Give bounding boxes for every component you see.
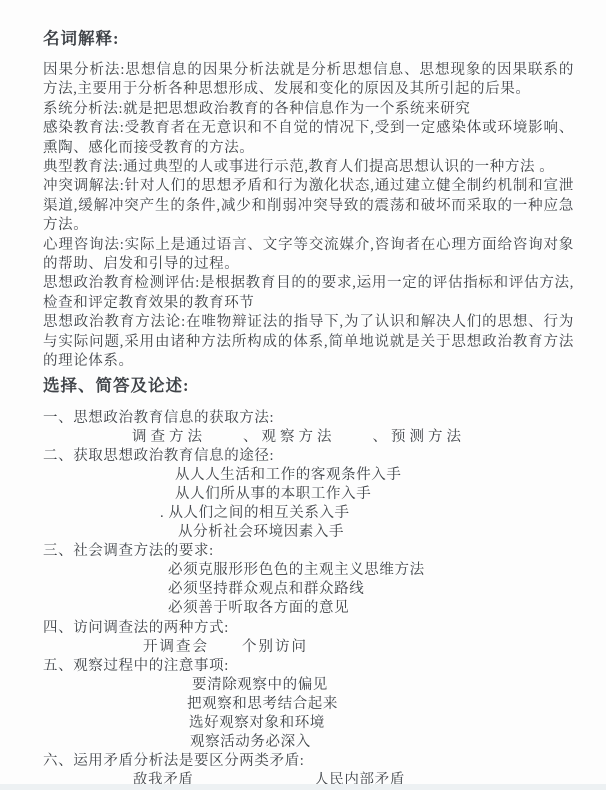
answer-line: . 从人们之间的相互关系入手 [43,504,573,523]
page-bottom-edge [0,784,606,790]
answer-line: 开调查会 个别访问 [43,638,573,657]
answer-line: 从人们所从事的本职工作入手 [43,485,573,504]
definition-paragraph: 感染教育法:受教育者在无意识和不自觉的情况下,受到一定感染体或环境影响、熏陶、感… [43,119,574,158]
definition-paragraph: 系统分析法:就是把思想政治教育的各种信息作为一个系统来研究 [43,100,574,119]
definitions-section: 名词解释: 因果分析法:思想信息的因果分析法就是分析思想信息、思想现象的因果联系… [43,30,573,372]
document-page: 名词解释: 因果分析法:思想信息的因果分析法就是分析思想信息、思想现象的因果联系… [0,0,606,790]
answer-line: 选好观察对象和环境 [43,714,573,733]
answer-line: 要清除观察中的偏见 [43,676,573,695]
definition-paragraph: 思想政治教育方法论:在唯物辩证法的指导下,为了认识和解决人们的思想、行为与实际问… [43,313,574,371]
qa-section-title: 选择、简答及论述: [43,377,573,395]
answer-line: 调查方法 、观察方法 、预测方法 [43,428,573,447]
answer-line: 从人人生活和工作的客观条件入手 [43,466,573,485]
definition-paragraph: 心理咨询法:实际上是通过语言、文字等交流媒介,咨询者在心理方面给咨询对象的帮助、… [43,236,574,275]
qa-section: 选择、简答及论述: 一、思想政治教育信息的获取方法:调查方法 、观察方法 、预测… [43,377,573,790]
definition-paragraph: 典型教育法:通过典型的人或事进行示范,教育人们提高思想认识的一种方法 。 [43,158,574,177]
question-heading: 六、运用矛盾分析法是要区分两类矛盾: [43,752,573,771]
answer-line: 必须坚持群众观点和群众路线 [43,580,573,599]
answer-line: 必须善于听取各方面的意见 [43,599,573,618]
answer-line: 把观察和思考结合起来 [43,695,573,714]
question-heading: 四、访问调查法的两种方式: [43,619,573,638]
definition-paragraph: 思想政治教育检测评估:是根据教育目的的要求,运用一定的评估指标和评估方法,检查和… [43,274,574,313]
question-heading: 五、观察过程中的注意事项: [43,657,573,676]
definition-paragraph: 因果分析法:思想信息的因果分析法就是分析思想信息、思想现象的因果联系的方法,主要… [43,61,574,100]
definitions-paragraphs: 因果分析法:思想信息的因果分析法就是分析思想信息、思想现象的因果联系的方法,主要… [43,61,574,372]
definition-paragraph: 冲突调解法:针对人们的思想矛盾和行为激化状态,通过建立健全制约机制和宣泄渠道,缓… [43,177,574,235]
question-heading: 二、获取思想政治教育信息的途径: [43,447,573,466]
question-heading: 三、社会调查方法的要求: [43,542,573,561]
answer-line: 观察活动务必深入 [43,733,573,752]
answer-line: 必须克服形形色色的主观主义思维方法 [43,561,573,580]
answer-line: 从分析社会环境因素入手 [43,523,573,542]
definitions-section-title: 名词解释: [43,30,573,48]
question-heading: 一、思想政治教育信息的获取方法: [43,409,573,428]
qa-items-list: 一、思想政治教育信息的获取方法:调查方法 、观察方法 、预测方法二、获取思想政治… [43,409,573,790]
